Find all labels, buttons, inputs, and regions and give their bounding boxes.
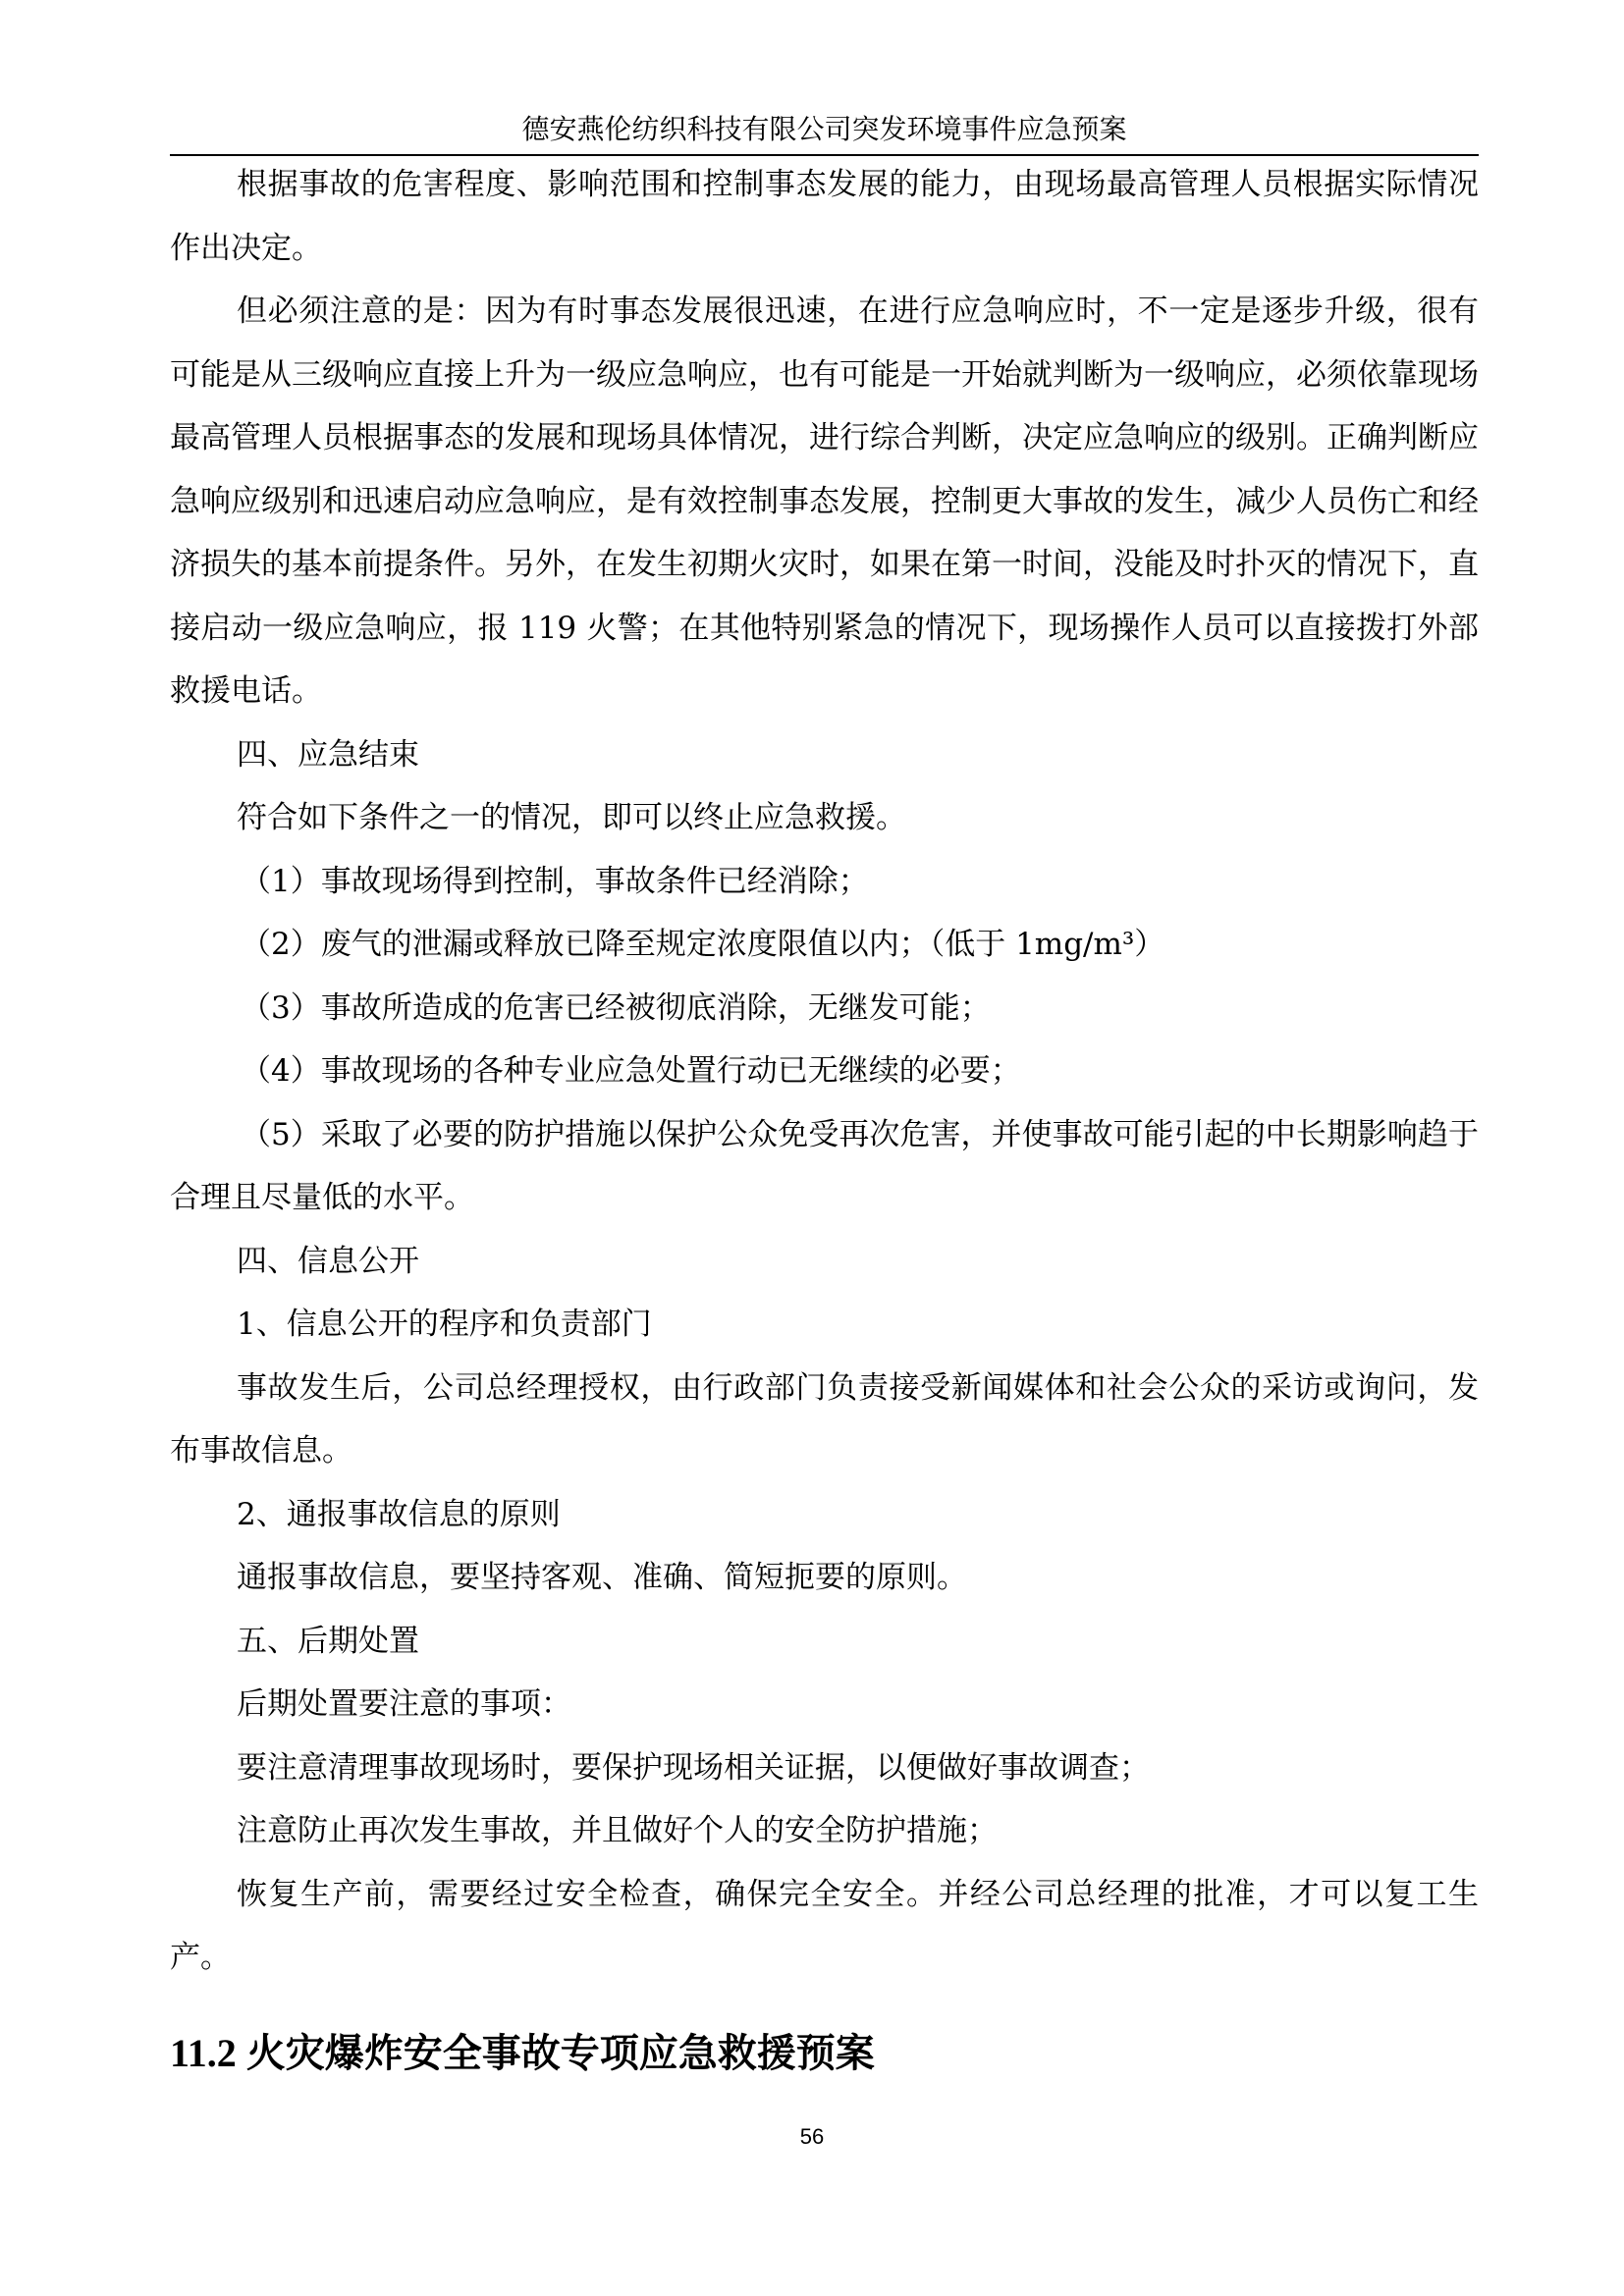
section-title: 五、后期处置 bbox=[170, 1610, 1479, 1674]
section-heading: 11.2 火灾爆炸安全事故专项应急救援预案 bbox=[170, 2024, 875, 2083]
section-title: 四、应急结束 bbox=[170, 723, 1479, 787]
running-header: 德安燕伦纺织科技有限公司突发环境事件应急预案 bbox=[170, 110, 1479, 149]
subsection-title: 1、信息公开的程序和负责部门 bbox=[170, 1293, 1479, 1357]
list-item: （2）废气的泄漏或释放已降至规定浓度限值以内；（低于 1mg/m³） bbox=[170, 913, 1479, 977]
paragraph: 要注意清理事故现场时，要保护现场相关证据，以便做好事故调查； bbox=[170, 1736, 1479, 1800]
paragraph: 后期处置要注意的事项： bbox=[170, 1673, 1479, 1736]
document-body: 根据事故的危害程度、影响范围和控制事态发展的能力，由现场最高管理人员根据实际情况… bbox=[170, 153, 1479, 1990]
paragraph: 通报事故信息，要坚持客观、准确、简短扼要的原则。 bbox=[170, 1546, 1479, 1610]
paragraph: 但必须注意的是：因为有时事态发展很迅速，在进行应急响应时，不一定是逐步升级，很有… bbox=[170, 280, 1479, 723]
list-item: （4）事故现场的各种专业应急处置行动已无继续的必要； bbox=[170, 1040, 1479, 1103]
section-title: 四、信息公开 bbox=[170, 1230, 1479, 1294]
subsection-title: 2、通报事故信息的原则 bbox=[170, 1483, 1479, 1547]
paragraph: 恢复生产前，需要经过安全检查，确保完全安全。并经公司总经理的批准，才可以复工生产… bbox=[170, 1863, 1479, 1990]
list-item: （5）采取了必要的防护措施以保护公众免受再次危害，并使事故可能引起的中长期影响趋… bbox=[170, 1103, 1479, 1230]
page-number: 56 bbox=[0, 2124, 1624, 2150]
paragraph: 符合如下条件之一的情况，即可以终止应急救援。 bbox=[170, 786, 1479, 850]
list-item: （3）事故所造成的危害已经被彻底消除，无继发可能； bbox=[170, 977, 1479, 1041]
paragraph: 根据事故的危害程度、影响范围和控制事态发展的能力，由现场最高管理人员根据实际情况… bbox=[170, 153, 1479, 280]
paragraph: 注意防止再次发生事故，并且做好个人的安全防护措施； bbox=[170, 1799, 1479, 1863]
list-item: （1）事故现场得到控制，事故条件已经消除； bbox=[170, 850, 1479, 914]
paragraph: 事故发生后，公司总经理授权，由行政部门负责接受新闻媒体和社会公众的采访或询问，发… bbox=[170, 1357, 1479, 1483]
